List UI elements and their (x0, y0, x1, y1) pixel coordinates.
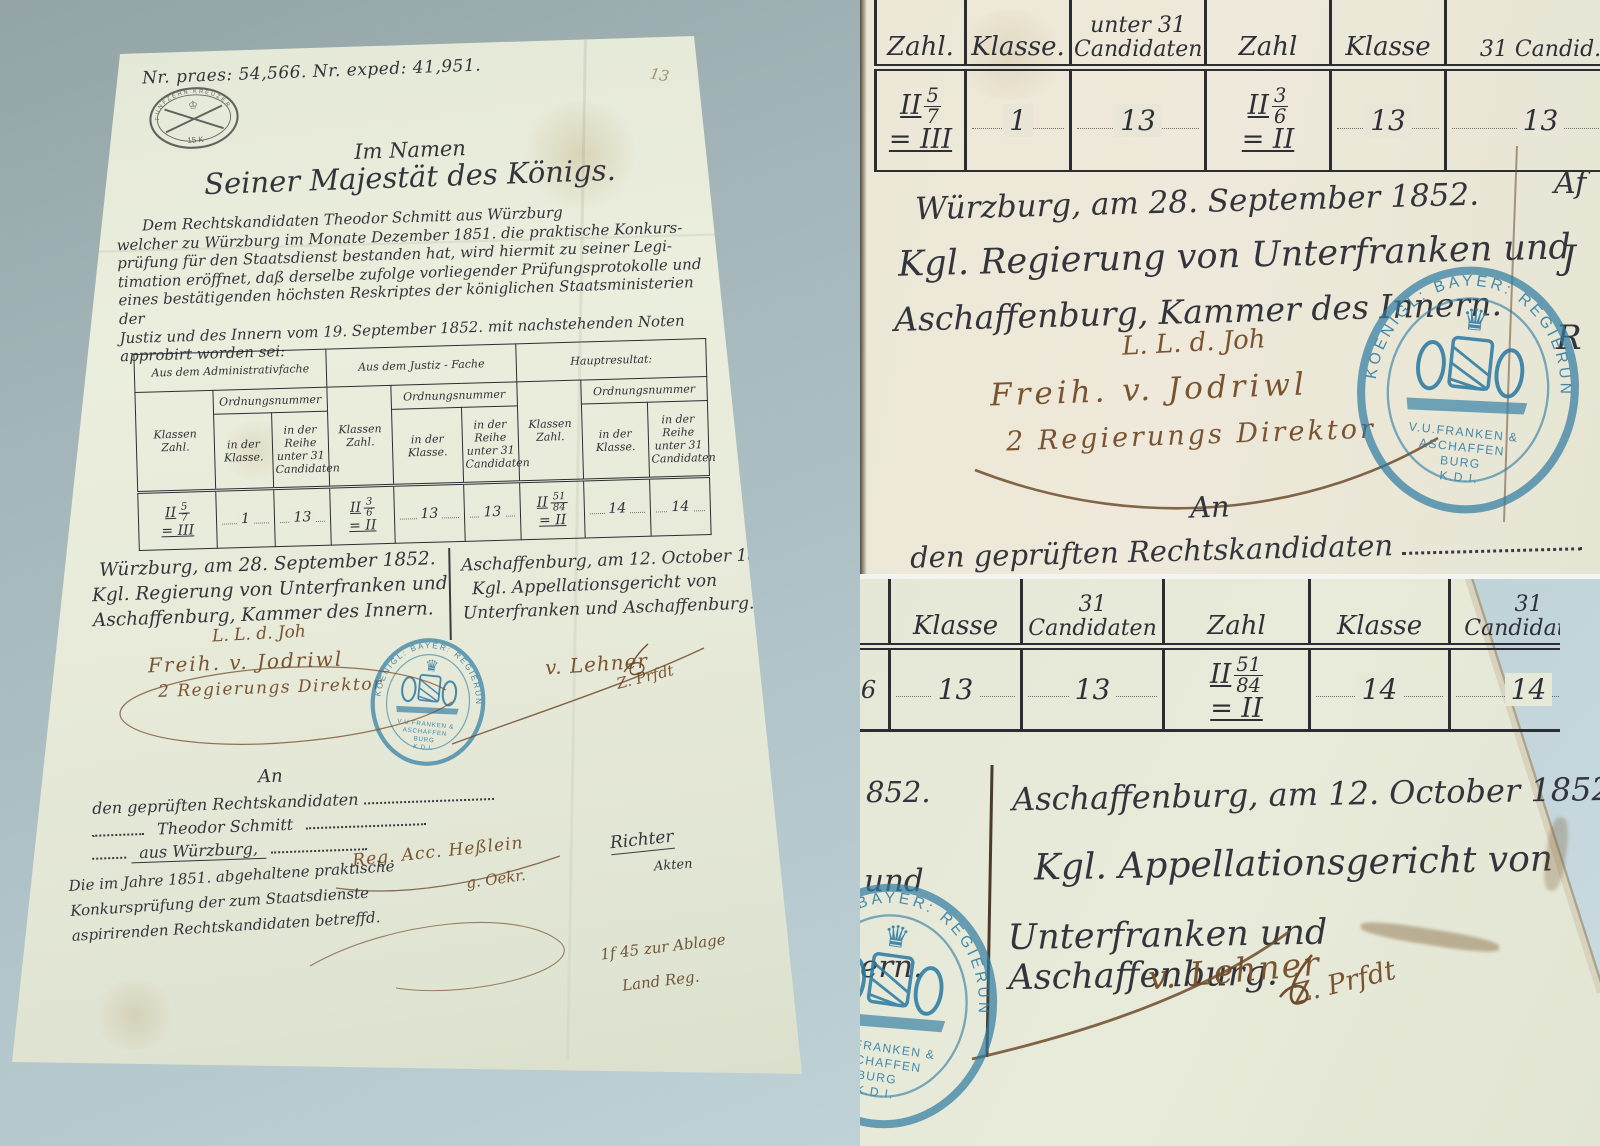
shield-lozenges (1449, 346, 1492, 389)
dotted-leader (1402, 533, 1582, 555)
flourish-z (1280, 955, 1312, 1003)
flourish-underline (336, 856, 560, 891)
lion-left-icon (1416, 341, 1446, 390)
flourish-stroke (452, 648, 704, 744)
royal-government-stamp: KOENIGL: BAYER: REGIERUNG ♛ V.U.FRANKEN … (1339, 251, 1596, 530)
photo-crop-bottom: Klasse 31 Candidaten Zahl Klasse 31 Cand… (860, 579, 1600, 1146)
photo-crop-top: Zahl. Klasse. unter 31 Candidaten Zahl K… (860, 0, 1600, 574)
crown-icon: ♛ (1460, 303, 1490, 339)
photo-full-document: Nr. praes: 54,566. Nr. exped: 41,951. FU… (0, 0, 860, 1146)
crown-icon: ♛ (881, 919, 912, 955)
lion-left-icon (860, 956, 867, 1005)
document-paper: Nr. praes: 54,566. Nr. exped: 41,951. FU… (0, 0, 860, 1146)
composite-photo: Nr. praes: 54,566. Nr. exped: 41,951. FU… (0, 0, 1600, 1146)
address-an: An (1189, 489, 1230, 524)
flourish-z (624, 644, 648, 675)
lion-right-icon (913, 966, 944, 1015)
lion-right-icon (1494, 349, 1524, 398)
pen-flourishes (0, 0, 862, 1146)
flourish-stroke (972, 931, 1290, 1059)
flourish-oval2 (310, 922, 564, 990)
shield-lozenges (868, 962, 912, 1006)
flourish-oval (120, 667, 452, 745)
stamp-line4: K.D.I. (1439, 468, 1479, 486)
right-column-fragment: Af (1554, 166, 1586, 201)
